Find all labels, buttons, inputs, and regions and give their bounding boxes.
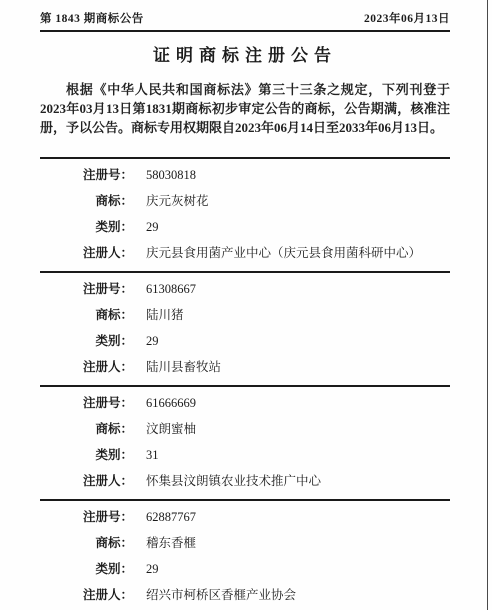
page-content: 第 1843 期商标公告 2023年06月13日 证明商标注册公告 根据《中华人… xyxy=(0,0,492,610)
gazette-date: 2023年06月13日 xyxy=(364,10,450,26)
trademark-label: 商标： xyxy=(40,307,133,323)
category-row: 类别： 29 xyxy=(40,333,450,349)
page-title: 证明商标注册公告 xyxy=(40,41,450,66)
registrant-value: 陆川县畜牧站 xyxy=(146,359,221,375)
trademark-label: 商标： xyxy=(40,421,133,437)
trademark-entry: 注册号： 62887767 商标： 稽东香榧 类别： 29 注册人： 绍兴市柯桥… xyxy=(40,499,450,610)
registrant-row: 注册人： 庆元县食用菌产业中心（庆元县食用菌科研中心） xyxy=(40,245,450,261)
category-row: 类别： 31 xyxy=(40,447,450,463)
registrant-row: 注册人： 怀集县汶朗镇农业技术推广中心 xyxy=(40,473,450,489)
reg-no-row: 注册号： 58030818 xyxy=(40,167,450,183)
registrant-value: 庆元县食用菌产业中心（庆元县食用菌科研中心） xyxy=(146,245,421,261)
reg-no-row: 注册号： 61666669 xyxy=(40,395,450,411)
reg-no-value: 61666669 xyxy=(146,395,196,411)
category-label: 类别： xyxy=(40,333,133,349)
trademark-entry: 注册号： 61308667 商标： 陆川猪 类别： 29 注册人： 陆川县畜牧站 xyxy=(40,271,450,385)
trademark-row: 商标： 稽东香榧 xyxy=(40,535,450,551)
category-row: 类别： 29 xyxy=(40,561,450,577)
trademark-value: 陆川猪 xyxy=(146,307,184,323)
reg-no-value: 61308667 xyxy=(146,281,196,297)
registrant-label: 注册人： xyxy=(40,245,133,261)
entry-list: 注册号： 58030818 商标： 庆元灰树花 类别： 29 注册人： 庆元县食… xyxy=(40,157,450,610)
registrant-label: 注册人： xyxy=(40,473,133,489)
category-label: 类别： xyxy=(40,219,133,235)
category-value: 31 xyxy=(146,447,159,463)
registrant-value: 绍兴市柯桥区香榧产业协会 xyxy=(146,587,296,603)
registrant-row: 注册人： 陆川县畜牧站 xyxy=(40,359,450,375)
reg-no-row: 注册号： 61308667 xyxy=(40,281,450,297)
gazette-issue: 第 1843 期商标公告 xyxy=(40,10,144,26)
trademark-row: 商标： 庆元灰树花 xyxy=(40,193,450,209)
reg-no-value: 62887767 xyxy=(146,509,196,525)
category-value: 29 xyxy=(146,333,159,349)
category-row: 类别： 29 xyxy=(40,219,450,235)
reg-no-label: 注册号： xyxy=(40,509,133,525)
trademark-row: 商标： 陆川猪 xyxy=(40,307,450,323)
trademark-label: 商标： xyxy=(40,193,133,209)
trademark-value: 庆元灰树花 xyxy=(146,193,209,209)
reg-no-label: 注册号： xyxy=(40,167,133,183)
category-label: 类别： xyxy=(40,561,133,577)
category-label: 类别： xyxy=(40,447,133,463)
intro-paragraph: 根据《中华人民共和国商标法》第三十三条之规定，下列刊登于2023年03月13日第… xyxy=(40,80,450,137)
trademark-label: 商标： xyxy=(40,535,133,551)
page-edge-line xyxy=(487,0,488,610)
reg-no-label: 注册号： xyxy=(40,281,133,297)
category-value: 29 xyxy=(146,219,159,235)
trademark-value: 汶朗蜜柚 xyxy=(146,421,196,437)
trademark-entry: 注册号： 58030818 商标： 庆元灰树花 类别： 29 注册人： 庆元县食… xyxy=(40,157,450,271)
registrant-value: 怀集县汶朗镇农业技术推广中心 xyxy=(146,473,321,489)
registrant-label: 注册人： xyxy=(40,587,133,603)
trademark-row: 商标： 汶朗蜜柚 xyxy=(40,421,450,437)
gazette-page: 第 1843 期商标公告 2023年06月13日 证明商标注册公告 根据《中华人… xyxy=(0,0,492,610)
category-value: 29 xyxy=(146,561,159,577)
trademark-entry: 注册号： 61666669 商标： 汶朗蜜柚 类别： 31 注册人： 怀集县汶朗… xyxy=(40,385,450,499)
reg-no-row: 注册号： 62887767 xyxy=(40,509,450,525)
registrant-label: 注册人： xyxy=(40,359,133,375)
registrant-row: 注册人： 绍兴市柯桥区香榧产业协会 xyxy=(40,587,450,603)
reg-no-value: 58030818 xyxy=(146,167,196,183)
reg-no-label: 注册号： xyxy=(40,395,133,411)
trademark-value: 稽东香榧 xyxy=(146,535,196,551)
masthead: 第 1843 期商标公告 2023年06月13日 xyxy=(40,10,450,32)
